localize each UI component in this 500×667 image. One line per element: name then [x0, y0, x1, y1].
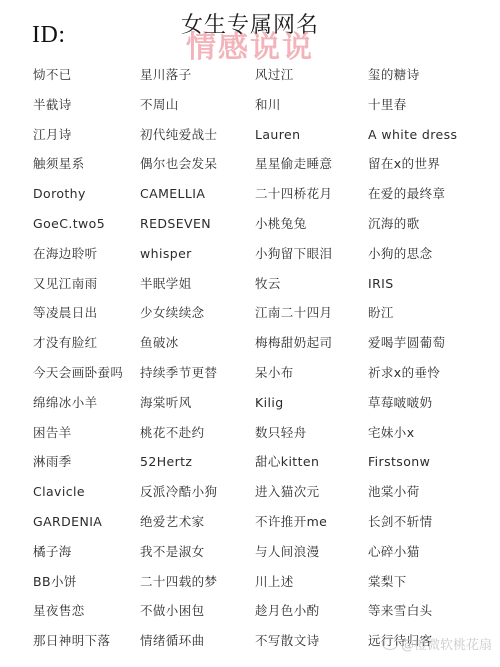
name-item: 等凌晨日出 — [33, 302, 140, 332]
name-item: 不写散文诗 — [255, 630, 368, 660]
name-item: 在海边聆听 — [33, 243, 140, 273]
name-item: CAMELLIA — [140, 183, 255, 213]
name-item: 草莓啵啵奶 — [368, 392, 493, 422]
watermark-text: @橙微软桃花扇 — [401, 634, 492, 653]
name-item: Dorothy — [33, 183, 140, 213]
name-item: 小狗的思念 — [368, 243, 493, 273]
name-item: 偶尔也会发呆 — [140, 153, 255, 183]
name-item: 江月诗 — [33, 124, 140, 154]
name-item: 池棠小荷 — [368, 481, 493, 511]
name-item: 呆小布 — [255, 362, 368, 392]
name-item: 祈求x的垂怜 — [368, 362, 493, 392]
name-item: 半眠学姐 — [140, 273, 255, 303]
name-item: 52Hertz — [140, 451, 255, 481]
name-item: 鱼破冰 — [140, 332, 255, 362]
weibo-watermark: @橙微软桃花扇 — [382, 634, 492, 653]
name-item: whisper — [140, 243, 255, 273]
name-item: 今天会画卧蚕吗 — [33, 362, 140, 392]
name-item: 梅梅甜奶起司 — [255, 332, 368, 362]
name-item: 二十四载的梦 — [140, 571, 255, 601]
name-item: Clavicle — [33, 481, 140, 511]
name-item: 小狗留下眼泪 — [255, 243, 368, 273]
name-item: 不周山 — [140, 94, 255, 124]
name-item: 反派冷酷小狗 — [140, 481, 255, 511]
name-item: 桃花不赴约 — [140, 422, 255, 452]
name-item: 小桃兔兔 — [255, 213, 368, 243]
name-item: A white dress — [368, 124, 493, 154]
name-item: GoeC.two5 — [33, 213, 140, 243]
name-item: 与人间浪漫 — [255, 541, 368, 571]
name-item: 进入猫次元 — [255, 481, 368, 511]
name-item: 玺的糖诗 — [368, 64, 493, 94]
name-item: 淋雨季 — [33, 451, 140, 481]
name-item: 星星偷走睡意 — [255, 153, 368, 183]
name-item: 在爱的最终章 — [368, 183, 493, 213]
name-item: 我不是淑女 — [140, 541, 255, 571]
name-item: Firstsonw — [368, 451, 493, 481]
name-item: 川上述 — [255, 571, 368, 601]
name-item: 十里春 — [368, 94, 493, 124]
name-item: 宅妹小x — [368, 422, 493, 452]
name-item: 触须星系 — [33, 153, 140, 183]
weibo-icon — [382, 637, 398, 650]
name-item: 风过江 — [255, 64, 368, 94]
name-item: 情绪循环曲 — [140, 630, 255, 660]
page-title: 女生专属网名 — [0, 8, 500, 39]
name-item: 初代纯爱战士 — [140, 124, 255, 154]
name-item: 少女续续念 — [140, 302, 255, 332]
name-item: Lauren — [255, 124, 368, 154]
name-item: 趁月色小酌 — [255, 600, 368, 630]
name-item: 不许推开me — [255, 511, 368, 541]
name-item: 沉海的歌 — [368, 213, 493, 243]
name-item: 才没有脸红 — [33, 332, 140, 362]
name-item: 绝爱艺术家 — [140, 511, 255, 541]
name-item: 橘子海 — [33, 541, 140, 571]
name-item: 又见江南雨 — [33, 273, 140, 303]
name-item: BB小饼 — [33, 571, 140, 601]
name-item: 持续季节更替 — [140, 362, 255, 392]
name-item: 半截诗 — [33, 94, 140, 124]
name-item: 和川 — [255, 94, 368, 124]
name-item: 盼江 — [368, 302, 493, 332]
name-item: 牧云 — [255, 273, 368, 303]
name-item: GARDENIA — [33, 511, 140, 541]
name-item: 困告羊 — [33, 422, 140, 452]
name-item: 二十四桥花月 — [255, 183, 368, 213]
name-item: 江南二十四月 — [255, 302, 368, 332]
name-item: 留在x的世界 — [368, 153, 493, 183]
name-item: 棠梨下 — [368, 571, 493, 601]
name-item: 恸不已 — [33, 64, 140, 94]
name-item: 那日神明下落 — [33, 630, 140, 660]
name-item: 心碎小猫 — [368, 541, 493, 571]
name-item: 不做小困包 — [140, 600, 255, 630]
name-item: 星夜售恋 — [33, 600, 140, 630]
name-item: 绵绵冰小羊 — [33, 392, 140, 422]
name-item: IRIS — [368, 273, 493, 303]
name-item: 爱喝芋圆葡萄 — [368, 332, 493, 362]
name-item: REDSEVEN — [140, 213, 255, 243]
name-item: 等来雪白头 — [368, 600, 493, 630]
name-item: Kilig — [255, 392, 368, 422]
name-item: 数只轻舟 — [255, 422, 368, 452]
name-item: 甜心kitten — [255, 451, 368, 481]
name-item: 海棠听风 — [140, 392, 255, 422]
name-item: 长剑不斩情 — [368, 511, 493, 541]
name-item: 星川落子 — [140, 64, 255, 94]
names-grid: 恸不已星川落子风过江玺的糖诗半截诗不周山和川十里春江月诗初代纯爱战士Lauren… — [33, 64, 493, 660]
